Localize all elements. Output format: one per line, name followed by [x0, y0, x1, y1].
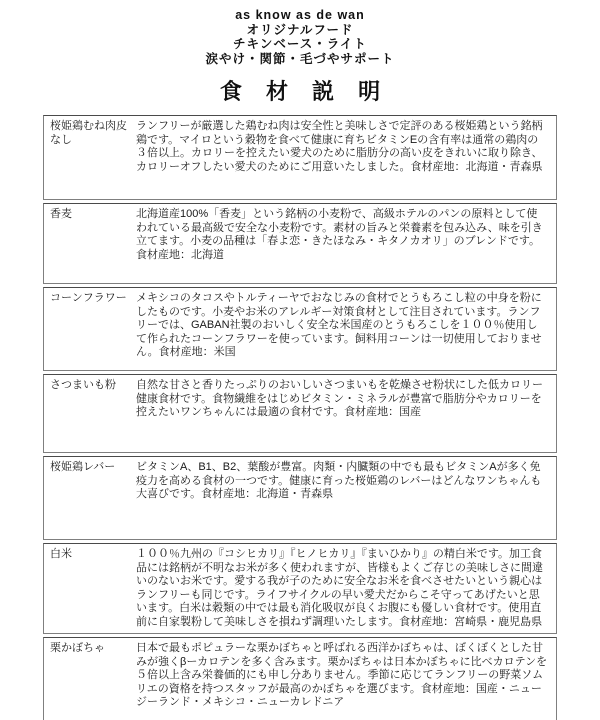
- ingredient-name: 桜姫鶏レバー: [44, 457, 136, 539]
- table-row: 桜姫鶏むね肉皮なし ランフリーが厳選した鶏むね肉は安全性と美味しさで定評のある桜…: [43, 115, 557, 200]
- brand-name: as know as de wan: [0, 8, 600, 23]
- table-row: 桜姫鶏レバー ビタミンA、B1、B2、葉酸が豊富。肉類・内臓類の中でも最もビタミ…: [43, 456, 557, 540]
- ingredients-table: 桜姫鶏むね肉皮なし ランフリーが厳選した鶏むね肉は安全性と美味しさで定評のある桜…: [43, 115, 557, 720]
- ingredient-name: 白米: [44, 544, 136, 633]
- table-row: 白米 １００％九州の『コシヒカリ』『ヒノヒカリ』『まいひかり』の精白米です。加工…: [43, 543, 557, 634]
- table-row: さつまいも粉 自然な甘さと香りたっぷりのおいしいさつまいもを乾燥させ粉状にした低…: [43, 374, 557, 453]
- ingredient-description: １００％九州の『コシヒカリ』『ヒノヒカリ』『まいひかり』の精白米です。加工食品に…: [136, 544, 556, 633]
- ingredient-description: 北海道産100%「香麦」という銘柄の小麦粉で、高級ホテルのパンの原料として使われ…: [136, 204, 556, 283]
- ingredient-name: 香麦: [44, 204, 136, 283]
- table-row: 香麦 北海道産100%「香麦」という銘柄の小麦粉で、高級ホテルのパンの原料として…: [43, 203, 557, 284]
- ingredient-name: 桜姫鶏むね肉皮なし: [44, 116, 136, 199]
- ingredient-description: メキシコのタコスやトルティーヤでおなじみの食材でとうもろこし粒の中身を粉にしたも…: [136, 288, 556, 370]
- document-header: as know as de wan オリジナルフード チキンベース・ライト 涙や…: [0, 0, 600, 66]
- document-page: as know as de wan オリジナルフード チキンベース・ライト 涙や…: [0, 0, 600, 720]
- ingredient-name: 栗かぼちゃ: [44, 638, 136, 720]
- product-feature: 涙やけ・関節・毛づやサポート: [0, 52, 600, 67]
- page-title: 食 材 説 明: [0, 75, 600, 106]
- ingredient-description: ランフリーが厳選した鶏むね肉は安全性と美味しさで定評のある桜姫鶏という銘柄鶏です…: [136, 116, 556, 199]
- table-row: コーンフラワー メキシコのタコスやトルティーヤでおなじみの食材でとうもろこし粒の…: [43, 287, 557, 371]
- ingredient-description: 自然な甘さと香りたっぷりのおいしいさつまいもを乾燥させ粉状にした低カロリー健康食…: [136, 375, 556, 452]
- ingredient-description: 日本で最もポピュラーな栗かぼちゃと呼ばれる西洋かぼちゃは、ぼくぼくとした甘みが強…: [136, 638, 556, 720]
- table-row: 栗かぼちゃ 日本で最もポピュラーな栗かぼちゃと呼ばれる西洋かぼちゃは、ぼくぼくと…: [43, 637, 557, 720]
- ingredient-description: ビタミンA、B1、B2、葉酸が豊富。肉類・内臓類の中でも最もビタミンAが多く免疫…: [136, 457, 556, 539]
- product-name: チキンベース・ライト: [0, 37, 600, 52]
- product-line: オリジナルフード: [0, 23, 600, 38]
- ingredient-name: さつまいも粉: [44, 375, 136, 452]
- ingredient-name: コーンフラワー: [44, 288, 136, 370]
